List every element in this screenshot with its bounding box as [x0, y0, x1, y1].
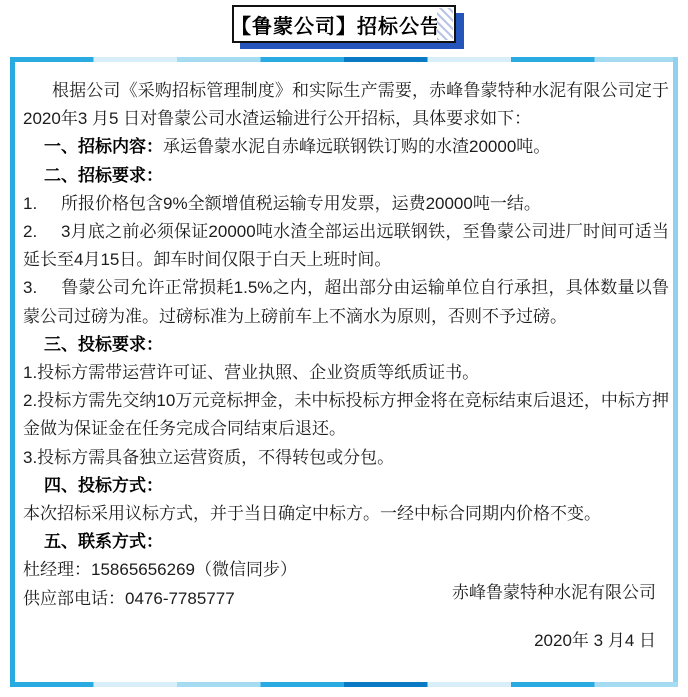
item-number: 2.: [23, 218, 61, 246]
section-heading: 一、招标内容：承运鲁蒙水泥自赤峰远联钢铁订购的水渣20000吨。: [23, 133, 669, 161]
item-number: 3.: [23, 274, 61, 302]
section-heading-label: 二、招标要求：: [44, 166, 163, 185]
numbered-item: 1.所报价格包含9%全额增值税运输专用发票，运费20000吨一结。: [23, 190, 669, 218]
text-line: 本次招标采用议标方式，并于当日确定中标方。一经中标合同期内价格不变。: [23, 500, 669, 528]
item-text: 所报价格包含9%全额增值税运输专用发票，运费20000吨一结。: [61, 194, 541, 213]
text-line: 2.投标方需先交纳10万元竞标押金，未中标投标方押金将在竞标结束后退还，中标方押…: [23, 387, 669, 443]
title-box: 【鲁蒙公司】招标公告: [232, 5, 456, 43]
signature-date: 2020年 3 月4 日: [452, 625, 656, 656]
item-number: 1.: [23, 190, 61, 218]
document-frame: 根据公司《采购招标管理制度》和实际生产需要，赤峰鲁蒙特种水泥有限公司定于2020…: [10, 57, 678, 687]
frame-border-right: [673, 57, 678, 687]
frame-border-left: [10, 57, 15, 687]
section-heading-label: 一、招标内容：: [44, 137, 163, 156]
numbered-item: 3.鲁蒙公司允许正常损耗1.5%之内，超出部分由运输单位自行承担，具体数量以鲁蒙…: [23, 274, 669, 330]
section-heading-label: 三、投标要求：: [44, 335, 163, 354]
section-heading-text: 承运鲁蒙水泥自赤峰远联钢铁订购的水渣20000吨。: [163, 137, 550, 156]
page-title: 【鲁蒙公司】招标公告: [231, 10, 457, 39]
item-text: 鲁蒙公司允许正常损耗1.5%之内，超出部分由运输单位自行承担，具体数量以鲁蒙公司…: [23, 278, 669, 325]
signature-block: 赤峰鲁蒙特种水泥有限公司 2020年 3 月4 日: [452, 560, 656, 673]
frame-border-bottom: [10, 682, 678, 687]
item-text: 3月底之前必须保证20000吨水渣全部运出远联钢铁，至鲁蒙公司进厂时间可适当延长…: [23, 222, 669, 269]
frame-border-top: [10, 57, 678, 62]
section-heading-label: 五、联系方式：: [44, 532, 163, 551]
section-heading: 二、招标要求：: [23, 162, 669, 190]
title-stripe-decoration: [437, 8, 453, 40]
section-heading: 三、投标要求：: [23, 331, 669, 359]
text-line: 3.投标方需具备独立运营资质，不得转包或分包。: [23, 444, 669, 472]
announcement-page: 【鲁蒙公司】招标公告 根据公司《采购招标管理制度》和实际生产需要，赤峰鲁蒙特种水…: [0, 0, 688, 697]
section-heading: 四、投标方式：: [23, 472, 669, 500]
signature-company: 赤峰鲁蒙特种水泥有限公司: [452, 577, 656, 608]
section-heading-label: 四、投标方式：: [44, 476, 163, 495]
intro-paragraph: 根据公司《采购招标管理制度》和实际生产需要，赤峰鲁蒙特种水泥有限公司定于2020…: [23, 77, 669, 133]
text-line: 1.投标方需带运营许可证、营业执照、企业资质等纸质证书。: [23, 359, 669, 387]
document-body: 根据公司《采购招标管理制度》和实际生产需要，赤峰鲁蒙特种水泥有限公司定于2020…: [23, 77, 669, 613]
section-heading: 五、联系方式：: [23, 528, 669, 556]
numbered-item: 2.3月底之前必须保证20000吨水渣全部运出远联钢铁，至鲁蒙公司进厂时间可适当…: [23, 218, 669, 274]
